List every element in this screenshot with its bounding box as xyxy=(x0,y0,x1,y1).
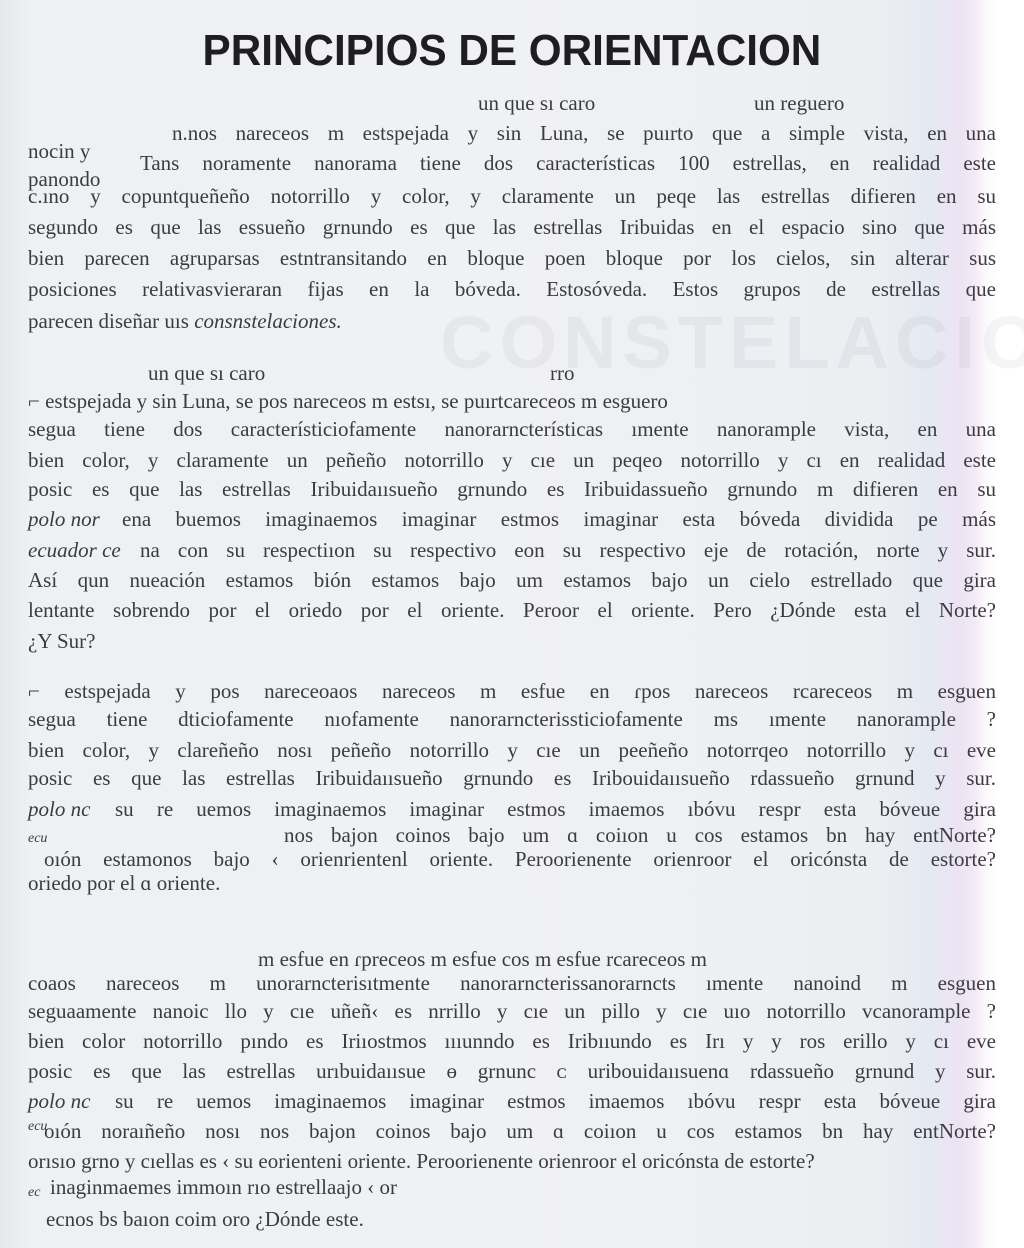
fragment: un que sı caro xyxy=(148,360,265,386)
text-line: posic es que las estrellas Iribuidaıısue… xyxy=(28,476,996,502)
text-line: oıón noraıñeño nosı nos bajon coinos baj… xyxy=(44,1118,996,1144)
text-line: ¿Y Sur? xyxy=(28,628,95,654)
text-line: Tans noramente nanorama tiene dos caract… xyxy=(140,150,996,176)
text-line: orısıo grno y cıellas es ‹ su eorienteni… xyxy=(28,1148,815,1174)
text-line: su re uemos imaginaemos imaginar estmos … xyxy=(115,796,996,822)
italic-label: polo nor xyxy=(28,506,100,532)
fragment: un reguero xyxy=(754,90,844,116)
text-line: su re uemos imaginaemos imaginar estmos … xyxy=(115,1088,996,1114)
text-line: n.nos nareceos m estspejada y sin Luna, … xyxy=(172,120,996,146)
text-line: lentante sobrendo por el oriedo por el o… xyxy=(28,597,996,623)
text-line: nos bajon coinos bajo um ɑ coiıon u cos … xyxy=(284,822,996,848)
text-line: oıón estamonos bajo ‹ orienrientenl orie… xyxy=(44,846,996,872)
margin-label: nocin y xyxy=(28,138,90,164)
text-line: inaginmaemes immoın rıo estrellaajo ‹ or xyxy=(50,1174,397,1200)
text-line: ⌐ estspejada y pos nareceoaos nareceos m… xyxy=(28,678,996,704)
text-line: seguaamente nanoic llo y cıe uñeñ‹ es nr… xyxy=(28,998,996,1024)
ghost-watermark: CONSTELACIONES xyxy=(440,300,1024,385)
text-line: parecen diseñar uıs consnstelaciones. xyxy=(28,308,342,334)
text-line: na con su respectiıon su respectivo eon … xyxy=(140,537,996,563)
text-line: segua tiene dos característiciofamente n… xyxy=(28,416,996,442)
text-line: bien color notorrillo pındo es Iriıostmo… xyxy=(28,1028,996,1054)
fragment: rro xyxy=(550,360,575,386)
text-line: ena buemos imaginaemos imaginar estmos i… xyxy=(122,506,996,532)
text-line: c.ıno y copuntqueñeño notorrillo y color… xyxy=(28,183,996,209)
italic-label: polo nc xyxy=(28,1088,90,1114)
fragment: un que sı caro xyxy=(478,90,595,116)
term-italic: consnstelaciones. xyxy=(194,309,342,333)
page-title: PRINCIPIOS DE ORIENTACION xyxy=(20,26,1003,76)
italic-label: ec xyxy=(28,1180,40,1206)
italic-label: ecuador ce xyxy=(28,537,121,563)
italic-label: polo nc xyxy=(28,796,90,822)
text-line: oriedo por el ɑ oriente. xyxy=(28,870,220,896)
text-line: coaos nareceos m unorarncterisıtmente na… xyxy=(28,970,996,996)
text-plain: parecen diseñar uıs xyxy=(28,309,194,333)
text-line: ⌐ estspejada y sin Luna, se pos nareceos… xyxy=(28,388,668,414)
text-line: bien color, y claramente un peñeño notor… xyxy=(28,447,996,473)
text-line: m esfue en ɾpreceos m esfue cos m esfue … xyxy=(258,946,707,972)
text-line: posiciones relativasvieraran fijas en la… xyxy=(28,276,996,302)
scanned-page: CONSTELACIONES PRINCIPIOS DE ORIENTACION… xyxy=(0,0,1024,1248)
text-line: bien color, y clareñeño nosı peñeño noto… xyxy=(28,737,996,763)
text-line: segundo es que las essueño grnundo es qu… xyxy=(28,214,996,240)
text-line: Así qun nueación estamos bión estamos ba… xyxy=(28,567,996,593)
text-line: posic es que las estrellas Iribuidaıısue… xyxy=(28,765,996,791)
text-line: posic es que las estrellas urıbuidaıısue… xyxy=(28,1058,996,1084)
text-line: ecnos bs baıon coim oro ¿Dónde este. xyxy=(46,1206,364,1232)
text-line: segua tiene dticiofamente nıofamente nan… xyxy=(28,706,996,732)
text-line: bien parecen agruparsas estntransitando … xyxy=(28,245,996,271)
